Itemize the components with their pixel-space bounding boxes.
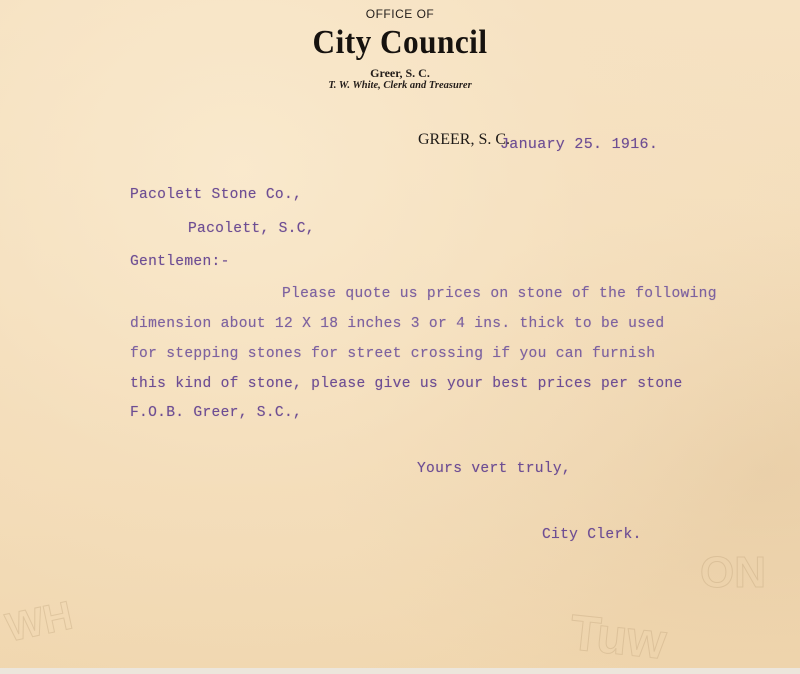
body-line: F.O.B. Greer, S.C., — [130, 405, 302, 421]
closing: Yours vert truly, — [417, 461, 571, 477]
letterhead-office-of: OFFICE OF — [0, 7, 800, 21]
dateline-date: January 25. 1916. — [500, 136, 658, 153]
signature: City Clerk. — [542, 527, 642, 543]
bleed-through-mark: Tuw — [567, 603, 669, 671]
recipient-name: Pacolett Stone Co., — [130, 187, 302, 203]
scan-edge — [0, 668, 800, 674]
letterhead-title: City Council — [32, 24, 768, 62]
dateline-place: GREER, S. C. — [418, 131, 510, 149]
salutation: Gentlemen:- — [130, 254, 230, 270]
letter-paper — [0, 0, 800, 674]
letterhead-location: Greer, S. C. — [0, 66, 800, 81]
recipient-address: Pacolett, S.C, — [188, 221, 315, 237]
body-line: this kind of stone, please give us your … — [130, 376, 683, 392]
letterhead-officer: T. W. White, Clerk and Treasurer — [0, 80, 800, 91]
body-line: for stepping stones for street crossing … — [130, 346, 655, 362]
body-line: dimension about 12 X 18 inches 3 or 4 in… — [130, 316, 664, 332]
bleed-through-mark: ON — [700, 548, 766, 598]
body-line: Please quote us prices on stone of the f… — [282, 286, 717, 302]
